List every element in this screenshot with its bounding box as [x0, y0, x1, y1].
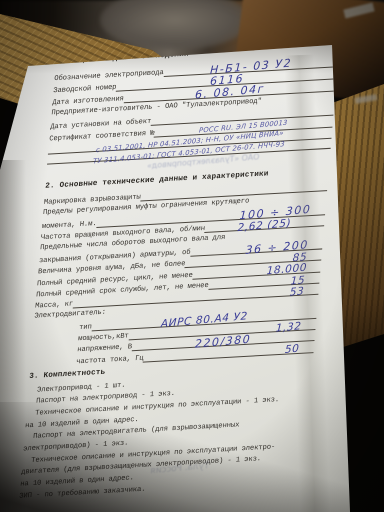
section-2: 2. Основные технические данные и характе…: [30, 167, 329, 369]
paper-document: 1. Общие сведения об изделии Обозначение…: [0, 0, 384, 512]
photo-stage: 1. Общие сведения об изделии Обозначение…: [0, 0, 384, 512]
field-label: частота тока, Гц: [76, 354, 144, 366]
field-label: тип: [79, 323, 92, 332]
paper-shadow-bottom: [0, 402, 384, 512]
